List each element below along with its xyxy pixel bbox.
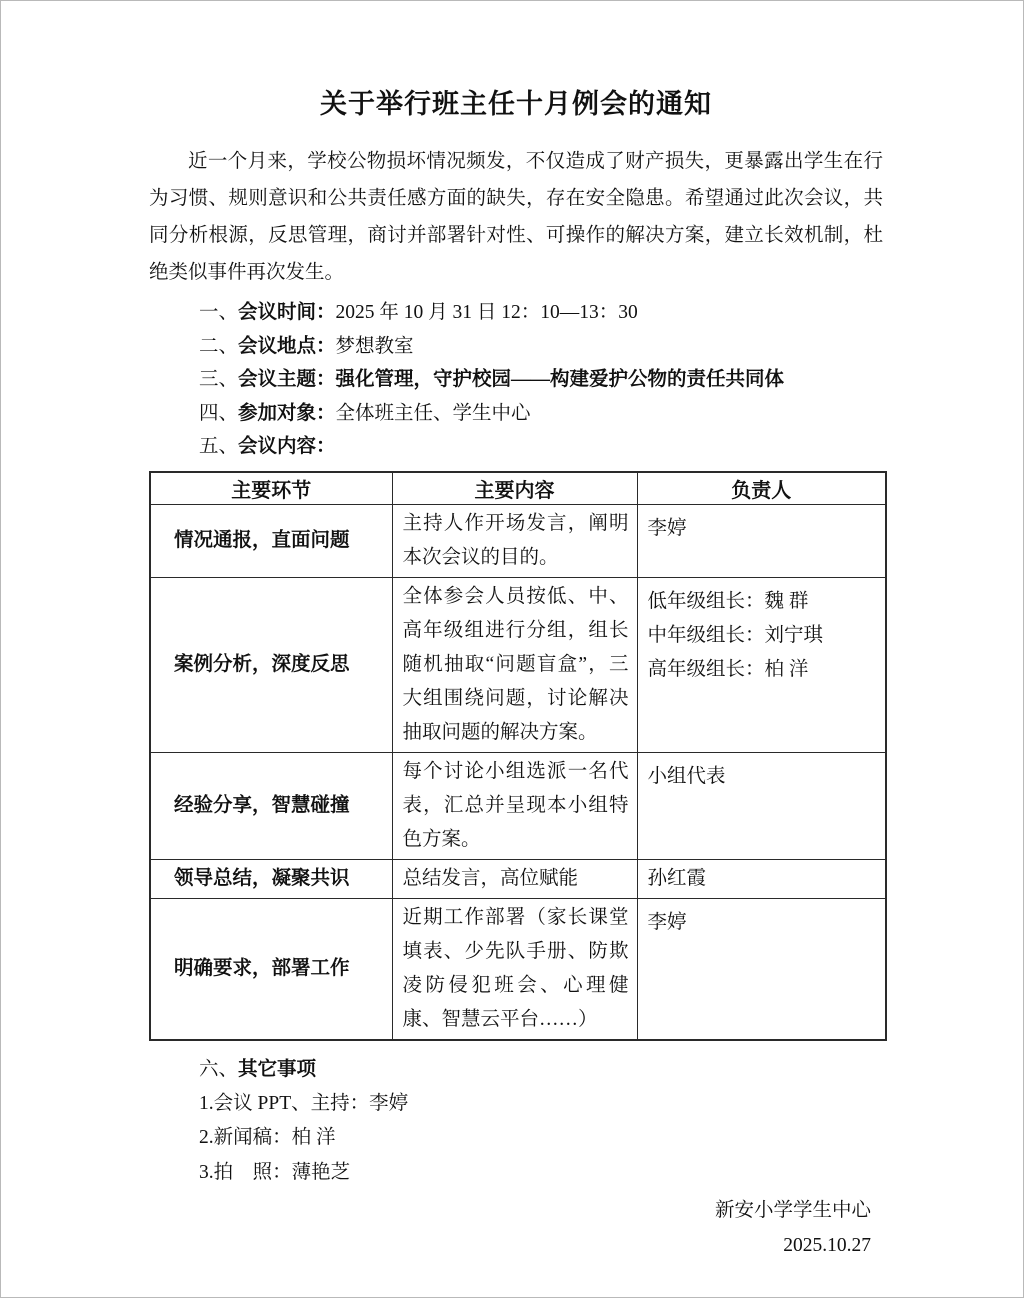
item-value: 梦想教室: [336, 336, 414, 357]
cell-content: 主持人作开场发言，阐明本次会议的目的。: [392, 504, 637, 577]
other-item-press-release: 2.新闻稿：柏 洋: [149, 1121, 883, 1156]
item-meeting-place: 二、会议地点：梦想教室: [149, 330, 883, 364]
table-row: 案例分析，深度反思 全体参会人员按低、中、高年级组进行分组，组长随机抽取“问题盲…: [150, 577, 886, 752]
table-row: 经验分享，智慧碰撞 每个讨论小组选派一名代表，汇总并呈现本小组特色方案。 小组代…: [150, 752, 886, 859]
item-label: 会议主题：: [238, 369, 336, 390]
document-page: 关于举行班主任十月例会的通知 近一个月来，学校公物损坏情况频发，不仅造成了财产损…: [0, 0, 1024, 1298]
item-value: 全体班主任、学生中心: [336, 403, 531, 424]
cell-stage: 领导总结，凝聚共识: [150, 859, 392, 898]
cell-owner: 孙红霞: [637, 859, 886, 898]
cell-content: 全体参会人员按低、中、高年级组进行分组，组长随机抽取“问题盲盒”，三大组围绕问题…: [392, 577, 637, 752]
heading-number: 六、: [199, 1059, 238, 1080]
item-label: 会议时间：: [238, 302, 336, 323]
cell-content: 总结发言，高位赋能: [392, 859, 637, 898]
cell-content: 每个讨论小组选派一名代表，汇总并呈现本小组特色方案。: [392, 752, 637, 859]
signature-block: 新安小学学生中心 2025.10.27: [149, 1194, 883, 1263]
column-header-content: 主要内容: [392, 472, 637, 505]
other-matters-section: 六、其它事项 1.会议 PPT、主持：李婷 2.新闻稿：柏 洋 3.拍 照：薄艳…: [149, 1053, 883, 1191]
item-meeting-agenda: 五、会议内容：: [149, 430, 883, 464]
item-value: 强化管理，守护校园——构建爱护公物的责任共同体: [336, 369, 785, 390]
cell-stage: 案例分析，深度反思: [150, 577, 392, 752]
table-row: 情况通报，直面问题 主持人作开场发言，阐明本次会议的目的。 李婷: [150, 504, 886, 577]
item-label: 会议地点：: [238, 336, 336, 357]
column-header-owner: 负责人: [637, 472, 886, 505]
signature-date: 2025.10.27: [149, 1229, 883, 1264]
cell-stage: 经验分享，智慧碰撞: [150, 752, 392, 859]
cell-stage: 情况通报，直面问题: [150, 504, 392, 577]
column-header-stage: 主要环节: [150, 472, 392, 505]
cell-stage: 明确要求，部署工作: [150, 898, 392, 1040]
other-item-photography: 3.拍 照：薄艳芝: [149, 1156, 883, 1191]
agenda-table: 主要环节 主要内容 负责人 情况通报，直面问题 主持人作开场发言，阐明本次会议的…: [149, 471, 887, 1041]
table-row: 领导总结，凝聚共识 总结发言，高位赋能 孙红霞: [150, 859, 886, 898]
item-number: 一、: [199, 302, 238, 323]
cell-owner: 小组代表: [637, 752, 886, 859]
item-meeting-time: 一、会议时间：2025 年 10 月 31 日 12：10—13：30: [149, 296, 883, 330]
item-number: 三、: [199, 369, 238, 390]
item-number: 二、: [199, 336, 238, 357]
item-participants: 四、参加对象：全体班主任、学生中心: [149, 397, 883, 431]
table-row: 明确要求，部署工作 近期工作部署（家长课堂填表、少先队手册、防欺凌防侵犯班会、心…: [150, 898, 886, 1040]
cell-owner: 李婷: [637, 898, 886, 1040]
signature-org: 新安小学学生中心: [149, 1194, 883, 1229]
other-matters-heading: 六、其它事项: [149, 1053, 883, 1087]
item-value: 2025 年 10 月 31 日 12：10—13：30: [336, 302, 638, 323]
item-number: 四、: [199, 403, 238, 424]
page-title: 关于举行班主任十月例会的通知: [149, 87, 883, 121]
item-label: 参加对象：: [238, 403, 336, 424]
item-number: 五、: [199, 436, 238, 457]
item-label: 会议内容：: [238, 436, 336, 457]
numbered-items: 一、会议时间：2025 年 10 月 31 日 12：10—13：30 二、会议…: [149, 296, 883, 464]
document-content: 关于举行班主任十月例会的通知 近一个月来，学校公物损坏情况频发，不仅造成了财产损…: [1, 1, 1023, 1297]
table-header-row: 主要环节 主要内容 负责人: [150, 472, 886, 505]
intro-paragraph: 近一个月来，学校公物损坏情况频发，不仅造成了财产损失，更暴露出学生在行为习惯、规…: [149, 143, 883, 291]
cell-content: 近期工作部署（家长课堂填表、少先队手册、防欺凌防侵犯班会、心理健康、智慧云平台……: [392, 898, 637, 1040]
item-meeting-theme: 三、会议主题：强化管理，守护校园——构建爱护公物的责任共同体: [149, 363, 883, 397]
cell-owner: 李婷: [637, 504, 886, 577]
heading-text: 其它事项: [238, 1059, 316, 1080]
cell-owner: 低年级组长：魏 群 中年级组长：刘宁琪 高年级组长：柏 洋: [637, 577, 886, 752]
other-item-ppt-host: 1.会议 PPT、主持：李婷: [149, 1087, 883, 1122]
